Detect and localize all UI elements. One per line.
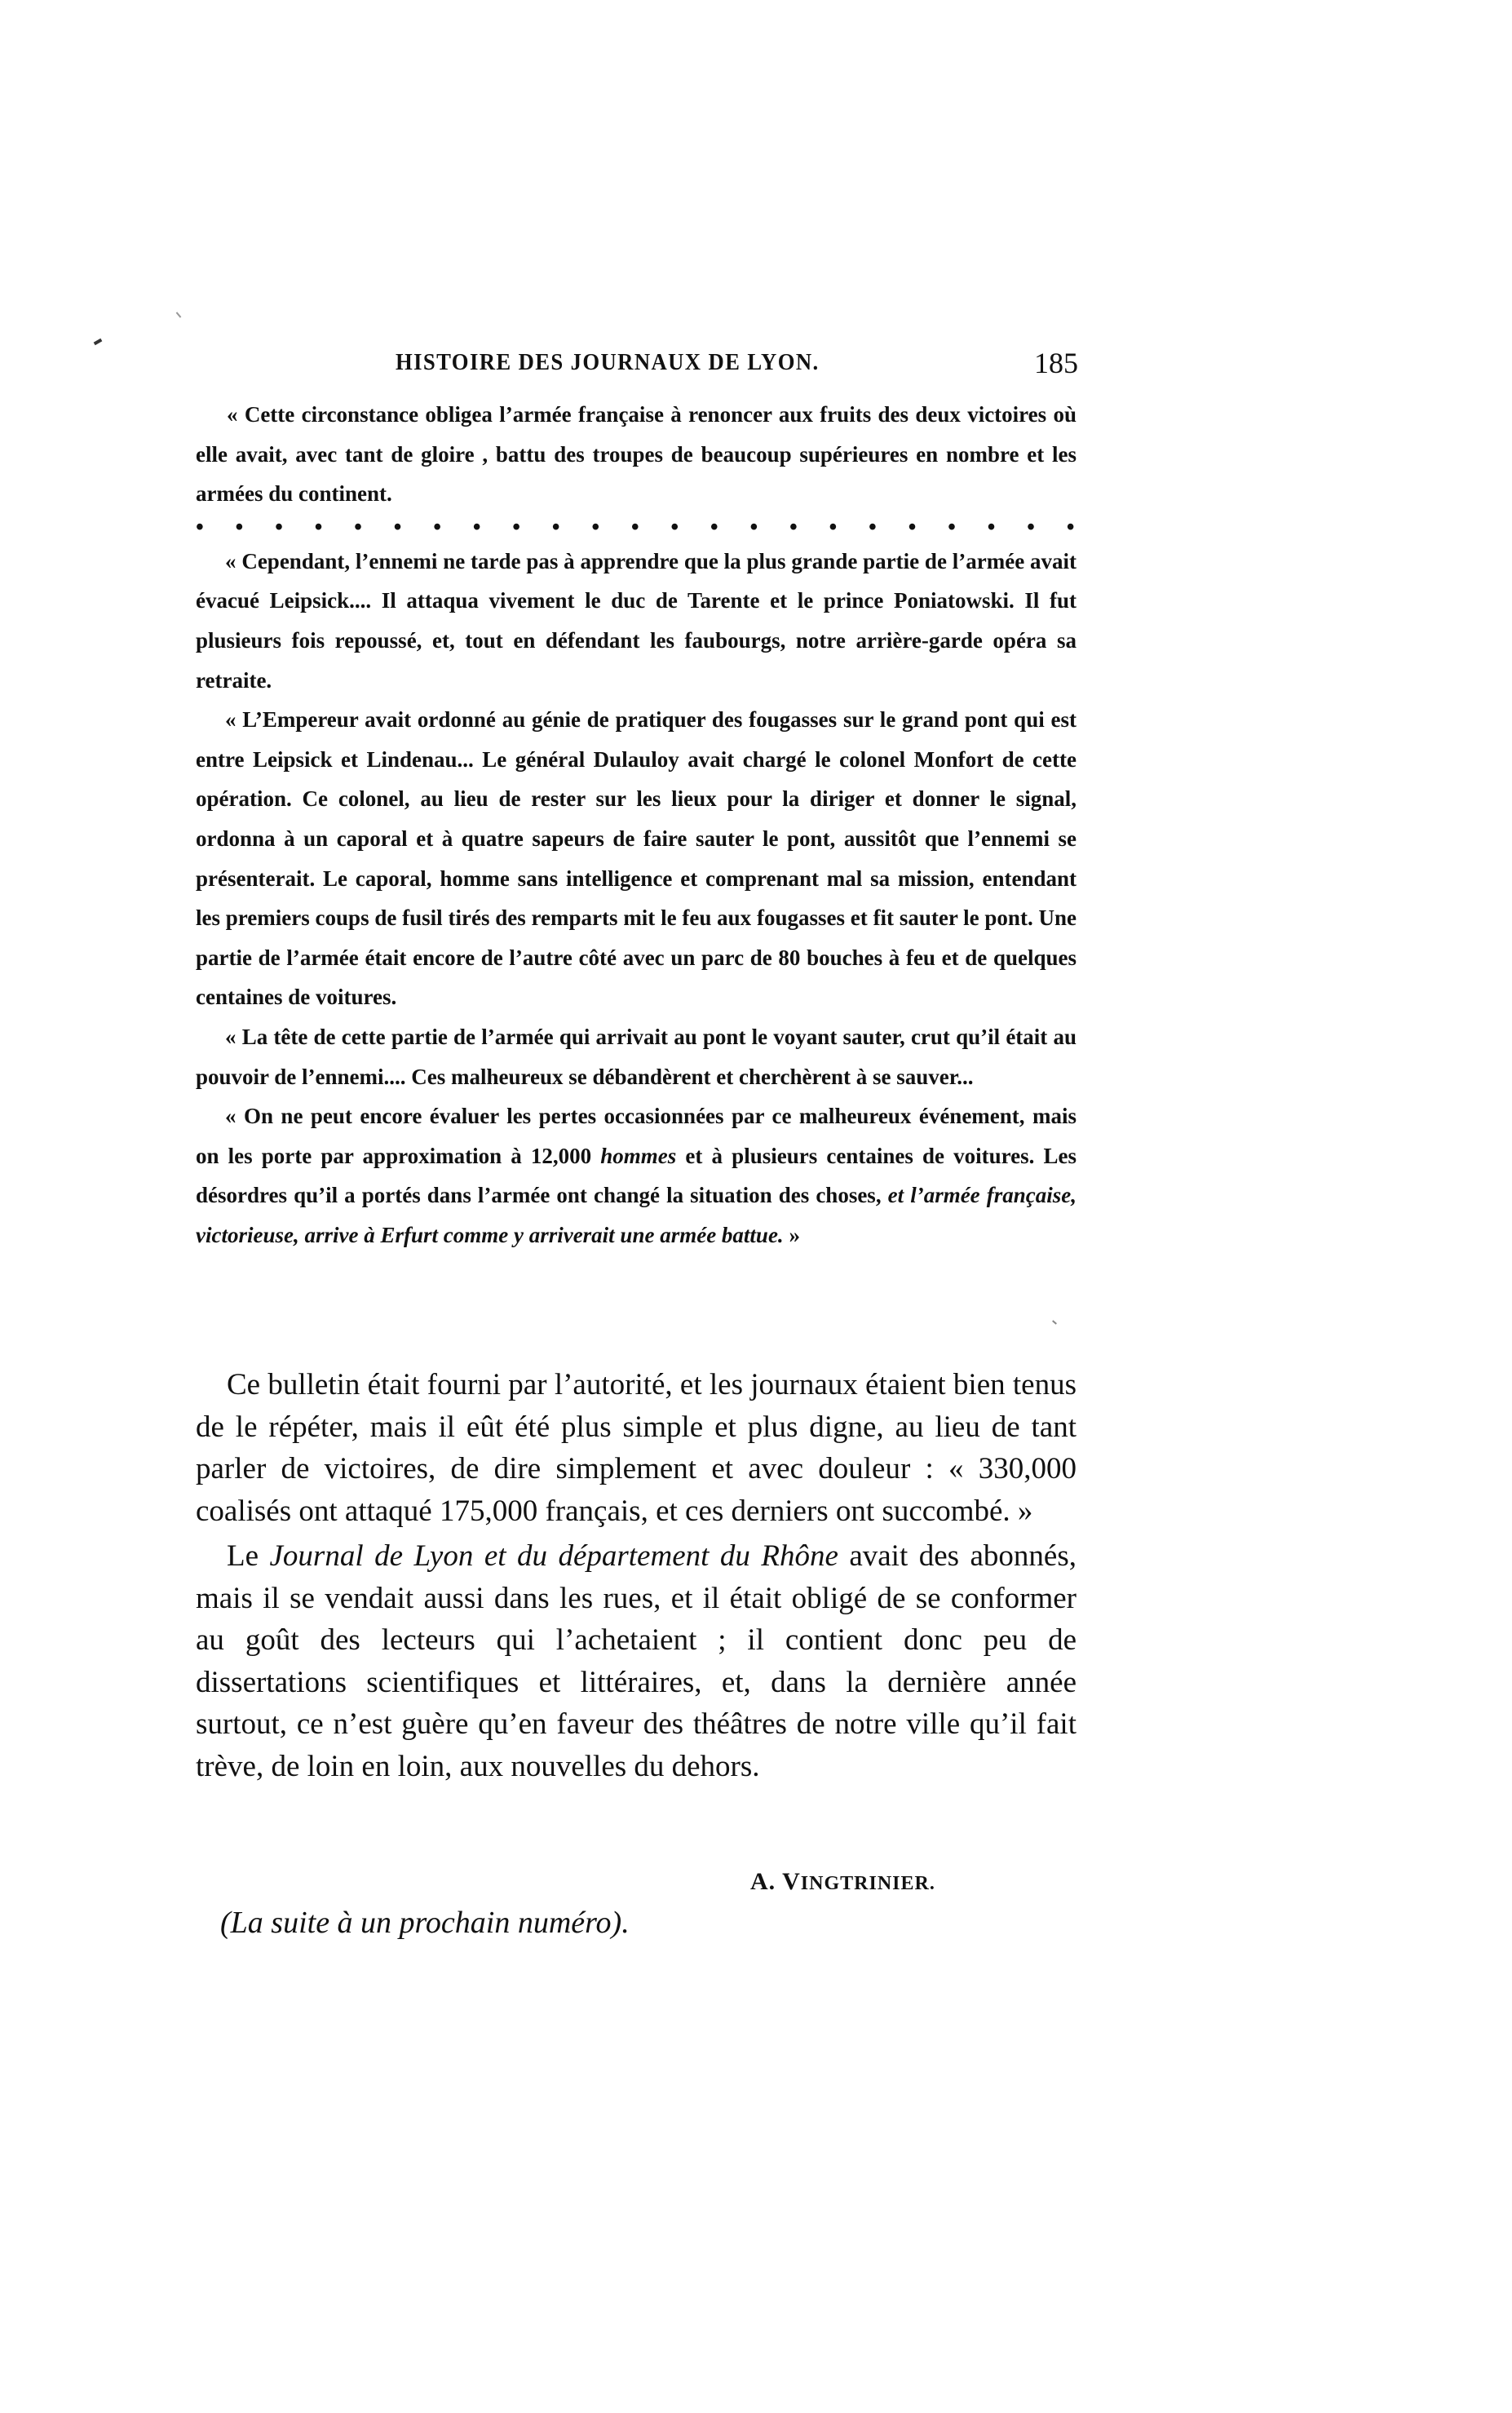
scan-speck [176, 312, 182, 317]
body-paragraph: Le Journal de Lyon et du département du … [196, 1535, 1077, 1787]
quote-paragraph: « La tête de cette partie de l’armée qui… [196, 1017, 1077, 1096]
scan-speck [1052, 1320, 1057, 1324]
quote-italic-text: hommes [600, 1144, 676, 1168]
quote-paragraph: « On ne peut encore évaluer les pertes o… [196, 1096, 1077, 1255]
quote-text: » [784, 1223, 800, 1247]
continuation-note: (La suite à un prochain numéro). [220, 1905, 630, 1941]
running-header: HISTOIRE DES JOURNAUX DE LYON. 185 [196, 349, 1078, 382]
author-signature: A. VINGTRINIER. [750, 1868, 935, 1896]
quoted-bulletin: « Cette circonstance obligea l’armée fra… [196, 395, 1077, 1255]
quote-paragraph: « Cette circonstance obligea l’armée fra… [196, 395, 1077, 514]
page-number: 185 [1034, 346, 1078, 380]
body-text: Ce bulletin était fourni par l’autorité,… [196, 1364, 1077, 1787]
body-text-run: avait des abonnés, mais il se vendait au… [196, 1539, 1077, 1783]
quote-paragraph: « L’Empereur avait ordonné au génie de p… [196, 700, 1077, 1017]
body-text-run: Le [227, 1539, 270, 1573]
ellipsis-dots-divider: ••••••••••••••••••••••• [196, 514, 1077, 542]
body-paragraph: Ce bulletin était fourni par l’autorité,… [196, 1364, 1077, 1532]
signature-surname: INGTRINIER. [801, 1873, 935, 1894]
quote-paragraph: « Cependant, l’ennemi ne tarde pas à app… [196, 542, 1077, 700]
newspaper-title: Journal de Lyon et du département du Rhô… [270, 1539, 838, 1573]
scan-speck [94, 339, 103, 345]
signature-initial: A. V [750, 1868, 801, 1895]
running-title: HISTOIRE DES JOURNAUX DE LYON. [396, 349, 820, 376]
document-page: HISTOIRE DES JOURNAUX DE LYON. 185 « Cet… [0, 0, 1512, 2413]
